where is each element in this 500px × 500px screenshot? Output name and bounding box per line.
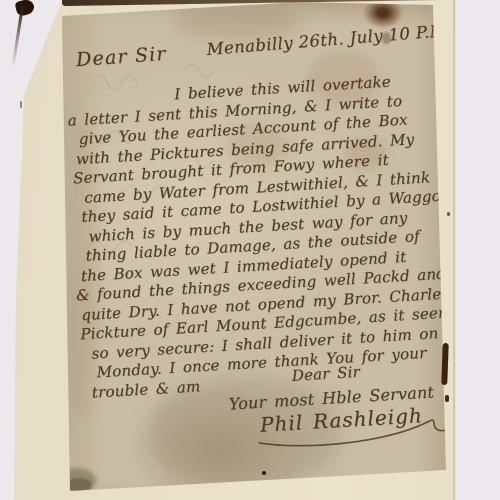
page-edge-line — [453, 0, 455, 500]
edge-ink-speck — [447, 212, 450, 216]
photo-of-letter: Dear Sir Menabilly 26th. July 10 P.M. I … — [0, 0, 500, 500]
closing-salutation: Dear Sir — [291, 362, 360, 384]
dateline-text: Menabilly 26th. July 10 P.M. — [206, 21, 453, 59]
book-spine-edge — [11, 6, 24, 68]
paper-stain — [172, 4, 302, 38]
letter-body: I believe this will overtake a letter I … — [62, 69, 463, 452]
salutation-text: Dear Sir — [75, 43, 167, 71]
spine-speck — [20, 101, 22, 108]
letter-paper: Dear Sir Menabilly 26th. July 10 P.M. I … — [0, 0, 500, 500]
ink-dot — [262, 471, 266, 475]
edge-ink-speck — [445, 395, 449, 402]
book-spine-mark — [14, 0, 35, 17]
